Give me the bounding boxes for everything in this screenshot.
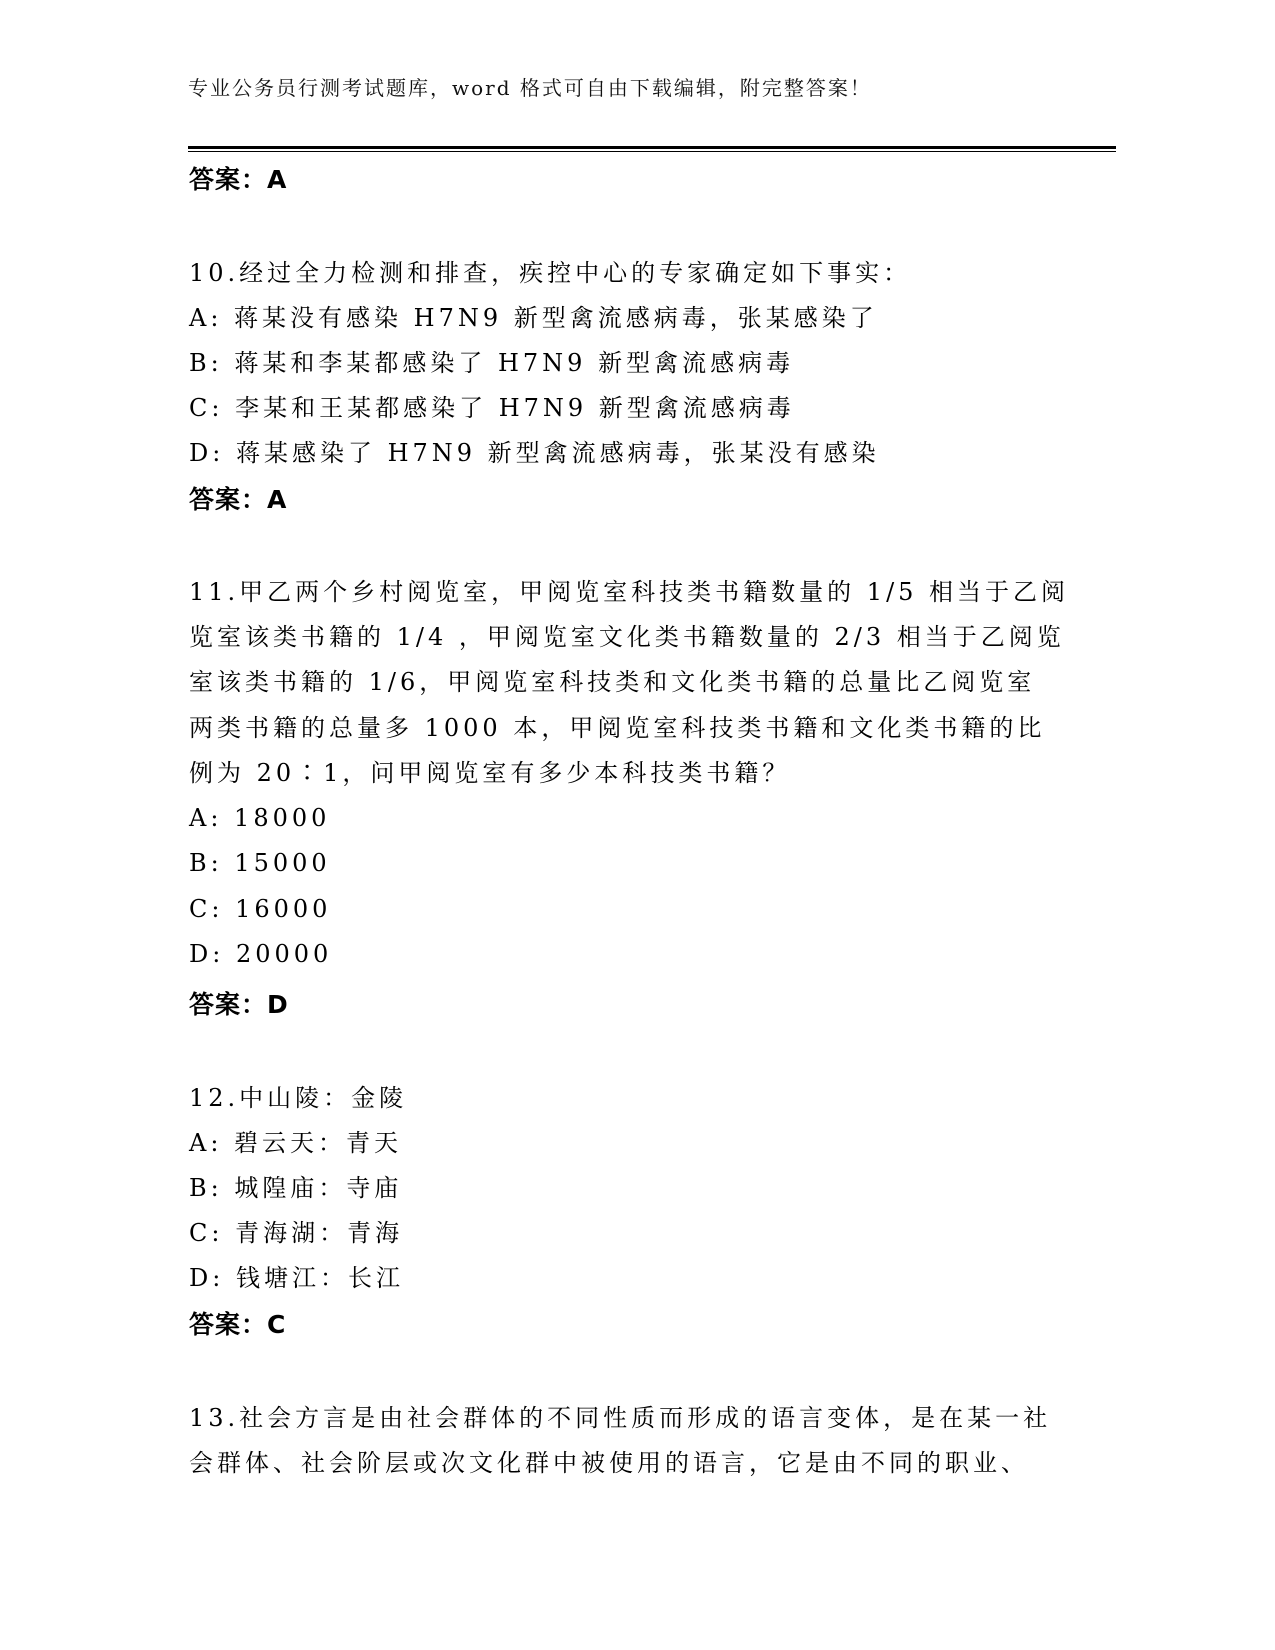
question-stem: 10.经过全力检测和排查，疾控中心的专家确定如下事实： [189,258,911,288]
question-stem-line: 两类书籍的总量多 1000 本，甲阅览室科技类书籍和文化类书籍的比 [189,713,1045,743]
option-a: A: 碧云天：青天 [189,1128,402,1158]
option-c: C: 青海湖：青海 [189,1218,403,1248]
question-stem-line: 11.甲乙两个乡村阅览室，甲阅览室科技类书籍数量的 1/5 相当于乙阅 [189,577,1069,607]
document-page: 专业公务员行测考试题库，word 格式可自由下载编辑，附完整答案！ 答案：A 1… [0,0,1275,1650]
header-rule-thin [188,151,1116,152]
option-a: A: 18000 [189,803,330,833]
option-d: D: 钱塘江：长江 [189,1263,404,1293]
option-a: A: 蒋某没有感染 H7N9 新型禽流感病毒，张某感染了 [189,303,878,333]
question-stem: 12.中山陵：金陵 [189,1083,407,1113]
option-b: B: 15000 [189,848,331,878]
option-c: C: 16000 [189,894,331,924]
page-header-text: 专业公务员行测考试题库，word 格式可自由下载编辑，附完整答案！ [188,76,872,100]
option-b: B: 蒋某和李某都感染了 H7N9 新型禽流感病毒 [189,348,794,378]
question-stem-line: 例为 20∶1，问甲阅览室有多少本科技类书籍？ [189,758,790,788]
question-stem-line: 13.社会方言是由社会群体的不同性质而形成的语言变体，是在某一社 [189,1403,1051,1433]
option-d: D: 蒋某感染了 H7N9 新型禽流感病毒，张某没有感染 [189,438,880,468]
question-stem-line: 览室该类书籍的 1/4 ，甲阅览室文化类书籍数量的 2/3 相当于乙阅览 [189,622,1065,652]
option-b: B: 城隍庙：寺庙 [189,1173,402,1203]
answer-line: 答案：D [189,990,289,1020]
option-d: D: 20000 [189,939,332,969]
question-stem-line: 会群体、社会阶层或次文化群中被使用的语言，它是由不同的职业、 [189,1448,1029,1478]
header-rule-thick [188,146,1116,149]
question-stem-line: 室该类书籍的 1/6，甲阅览室科技类和文化类书籍的总量比乙阅览室 [189,667,1035,697]
option-c: C: 李某和王某都感染了 H7N9 新型禽流感病毒 [189,393,795,423]
answer-line: 答案：A [189,485,287,515]
answer-line-prev: 答案：A [189,165,287,195]
answer-line: 答案：C [189,1310,286,1340]
